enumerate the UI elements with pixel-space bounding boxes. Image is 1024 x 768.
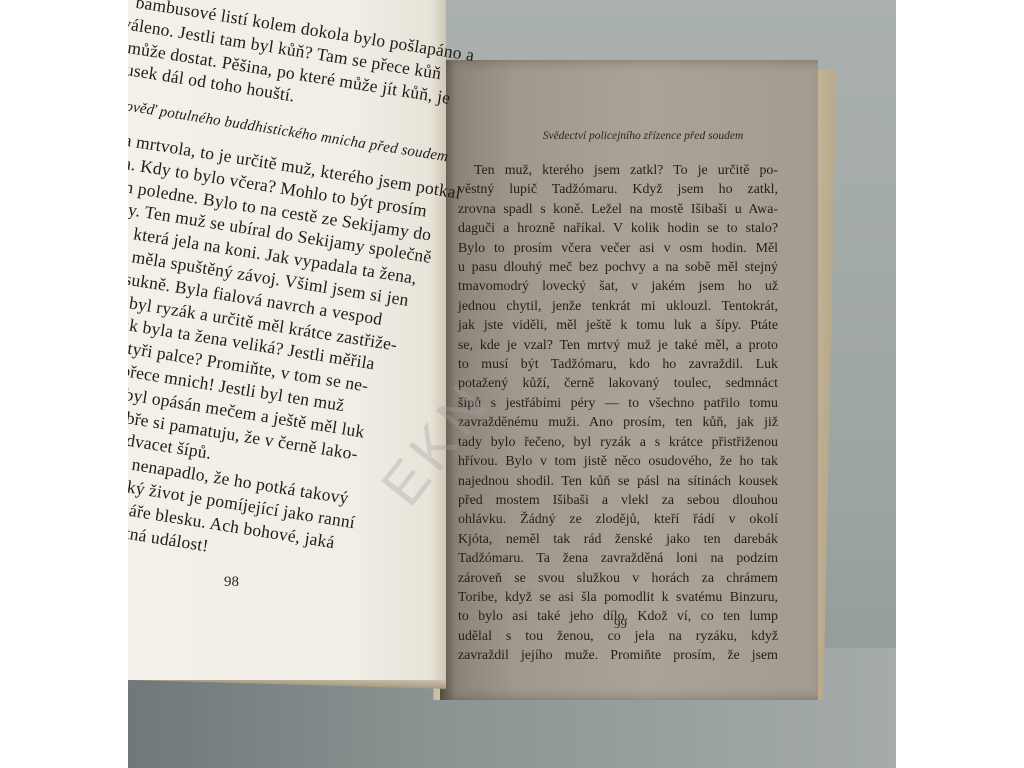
text-line: to musí být Tadžómaru, kdo ho zavraždil.… xyxy=(458,355,778,374)
text-line: zavraždil jejího muže. Promiňte prosím, … xyxy=(458,646,778,665)
text-line: zároveň se svou služkou v horách za chrá… xyxy=(458,569,778,588)
text-line: Kjóta, neměl tak rád ženské jako ten dar… xyxy=(458,530,778,549)
right-page: Svědectví policejního zřízence před soud… xyxy=(440,60,818,700)
text-line: šípů s jestřábími péry — to všechno patř… xyxy=(458,394,778,413)
photo-frame: Svědectví policejního zřízence před soud… xyxy=(128,0,896,768)
text-line: se, kde je vzal? Ten mrtvý muž je také m… xyxy=(458,336,778,355)
text-line: jednou chytil, jenže tenkrát mi uklouzl.… xyxy=(458,297,778,316)
text-line: Toribe, když se asi šla pomodlit k svaté… xyxy=(458,588,778,607)
text-line: jak jste viděli, měl ještě k tomu luk a … xyxy=(458,316,778,335)
text-line: ohlávku. Žádný ze zlodějů, kteří řádí v … xyxy=(458,510,778,529)
text-line: před mostem Išibaši a vlekl za sebou dlo… xyxy=(458,491,778,510)
right-page-text: Ten muž, kterého jsem zatkl? To je určit… xyxy=(458,161,778,666)
text-line: Ten muž, kterého jsem zatkl? To je určit… xyxy=(458,161,778,180)
running-head: Svědectví policejního zřízence před soud… xyxy=(498,130,788,142)
text-line: daguči a hrozně naříkal. V kolik hodin s… xyxy=(458,219,778,238)
text-line: u pasu dlouhý meč bez pochvy a na sobě m… xyxy=(458,258,778,277)
left-page: bambusové listí kolem dokola bylo pošlap… xyxy=(128,0,446,680)
text-line: tmavomodrý lovecký šat, v jakém jsem ho … xyxy=(458,277,778,296)
text-line: hřívou. Bylo v tom jistě něco osudového,… xyxy=(458,452,778,471)
page-number-right: 99 xyxy=(614,616,627,632)
text-line: Tadžómaru. Ta žena zavražděná loni na po… xyxy=(458,549,778,568)
page-number-left: 98 xyxy=(224,574,239,591)
text-line: Bylo to prosím včera večer asi v osm hod… xyxy=(458,239,778,258)
text-line: zrovna spadl s koně. Ležel na mostě Išib… xyxy=(458,200,778,219)
text-line: tady bylo řečeno, byl ryzák a s krátce p… xyxy=(458,433,778,452)
text-line: potažený kůží, černě lakovaný toulec, se… xyxy=(458,374,778,393)
text-line: věstný lupič Tadžómaru. Když jsem ho zat… xyxy=(458,180,778,199)
text-line: zavražděnému muži. Ano prosím, ten kůň, … xyxy=(458,413,778,432)
text-line: najednou shodil. Ten kůň se pásl na síti… xyxy=(458,472,778,491)
left-page-text: bambusové listí kolem dokola bylo pošlap… xyxy=(128,0,436,580)
